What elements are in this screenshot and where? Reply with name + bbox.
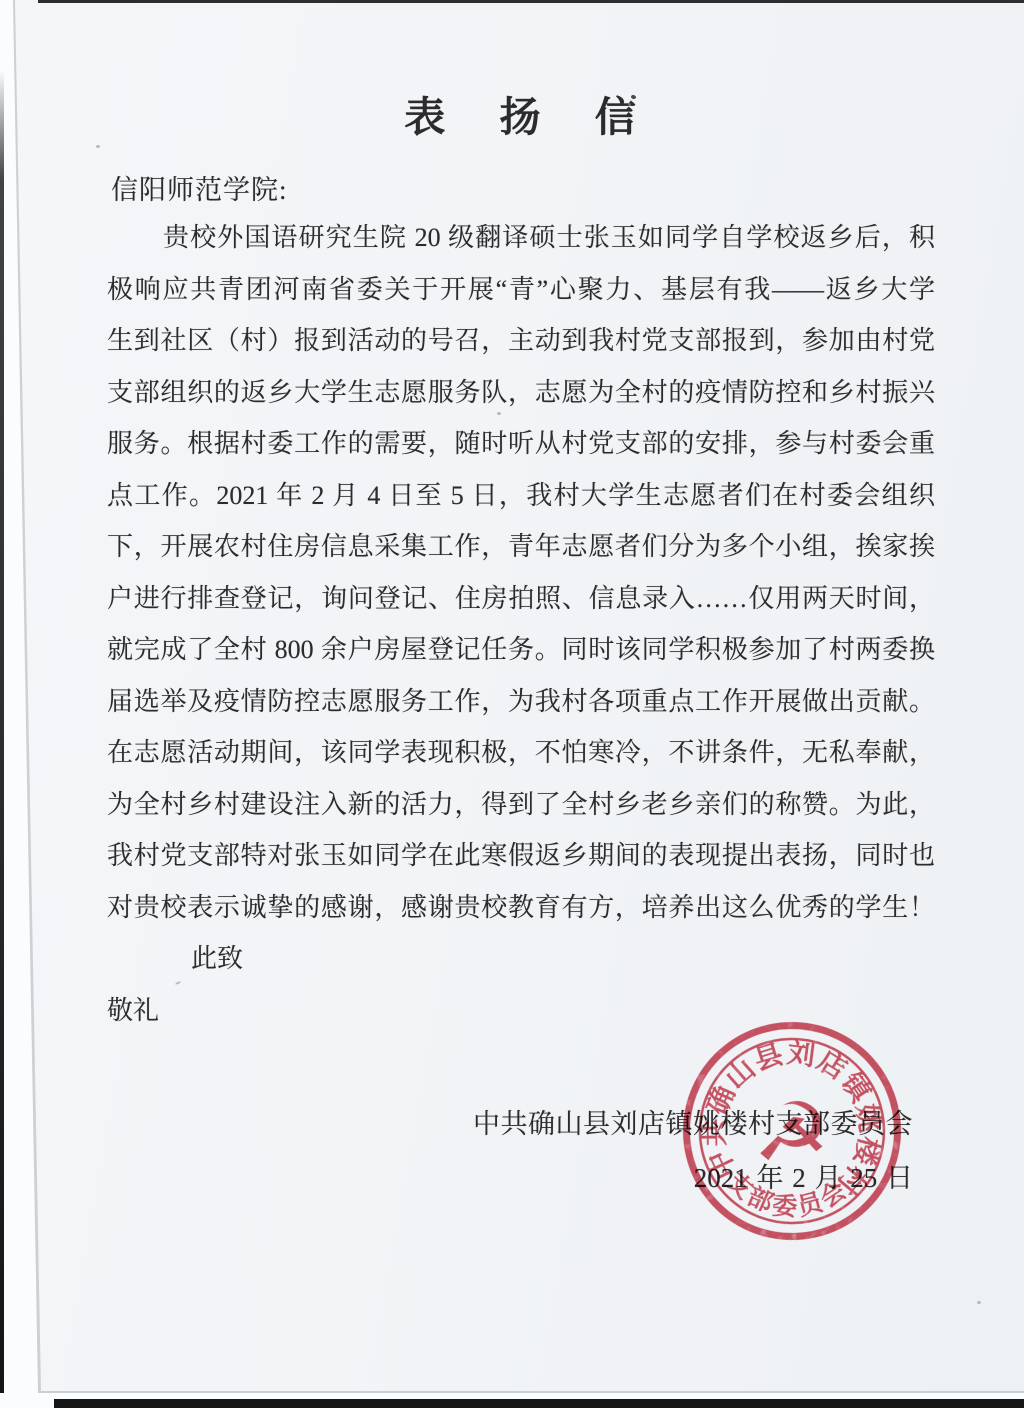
scanner-edge-bottom-black — [54, 1399, 1024, 1408]
body-line: 届选举及疫情防控志愿服务工作，为我村各项重点工作开展做出贡献。 — [107, 676, 935, 728]
scan-speck — [977, 1301, 981, 1304]
body-line: 对贵校表示诚挚的感谢，感谢贵校教育有方，培养出这么优秀的学生！ — [107, 882, 935, 934]
body-line: 贵校外国语研究生院 20 级翻译硕士张玉如同学自学校返乡后，积 — [107, 212, 935, 264]
scanner-edge-left-black — [0, 0, 4, 1408]
scanner-edge-top — [38, 0, 1024, 3]
body-line: 就完成了全村 800 余户房屋登记任务。同时该同学积极参加了村两委换 — [107, 624, 935, 676]
body-line: 户进行排查登记，询问登记、住房拍照、信息录入……仅用两天时间， — [107, 573, 935, 625]
hammer-sickle-icon: ☭ — [751, 1081, 835, 1185]
letter-title: 表 扬 信 — [107, 84, 935, 143]
body-line: 下，开展农村住房信息采集工作，青年志愿者们分为多个小组，挨家挨 — [107, 521, 935, 573]
closing-cizhi: 此致 — [107, 933, 935, 985]
body-line: 极响应共青团河南省委关于开展“青”心聚力、基层有我——返乡大学 — [107, 264, 935, 316]
body-line: 生到社区（村）报到活动的号召，主动到我村党支部报到，参加由村党 — [107, 315, 935, 367]
scan-speck — [628, 103, 631, 106]
body-line: 支部组织的返乡大学生志愿服务队，志愿为全村的疫情防控和乡村振兴 — [107, 367, 935, 419]
scan-speck — [497, 412, 501, 415]
body-line: 在志愿活动期间，该同学表现积极，不怕寒冷，不讲条件，无私奉献， — [107, 727, 935, 779]
official-seal-stamp: 中共确山县刘店镇姚楼村 支部委员会 ☭ — [677, 1016, 907, 1246]
salutation: 信阳师范学院: — [111, 168, 288, 207]
body-line: 点工作。2021 年 2 月 4 日至 5 日，我村大学生志愿者们在村委会组织 — [107, 470, 935, 522]
scan-speck — [96, 145, 100, 148]
scanned-letter-page: 表 扬 信 信阳师范学院: 贵校外国语研究生院 20 级翻译硕士张玉如同学自学校… — [0, 0, 1024, 1408]
body-line: 我村党支部特对张玉如同学在此寒假返乡期间的表现提出表扬，同时也 — [107, 830, 935, 882]
body-line: 为全村乡村建设注入新的活力，得到了全村乡老乡亲们的称赞。为此， — [107, 779, 935, 831]
letter-body: 贵校外国语研究生院 20 级翻译硕士张玉如同学自学校返乡后，积 极响应共青团河南… — [107, 212, 935, 1036]
body-line: 服务。根据村委工作的需要，随时听从村党支部的安排，参与村委会重 — [107, 418, 935, 470]
